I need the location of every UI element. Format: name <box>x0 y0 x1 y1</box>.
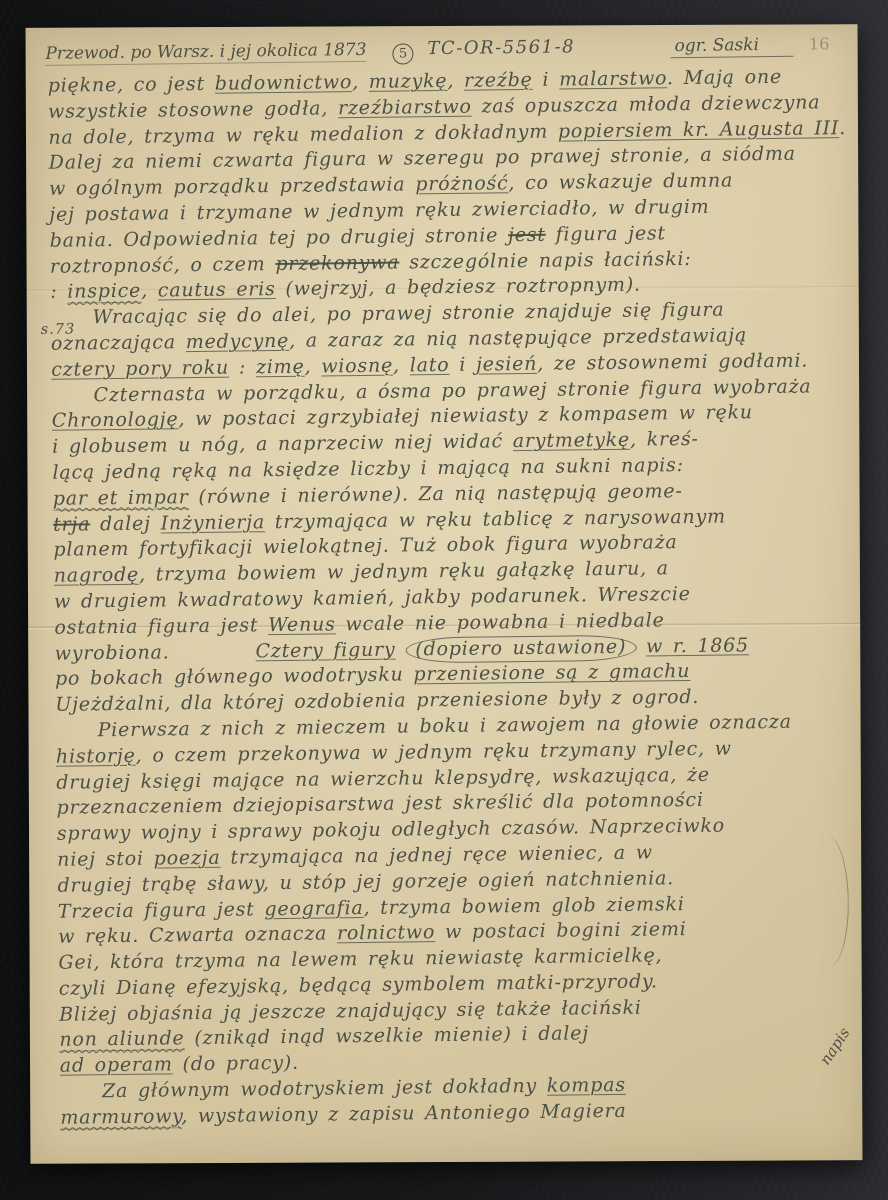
manuscript-body: piękne, co jest budownictwo, muzykę, rze… <box>36 64 855 1131</box>
circled-number-icon: 5 <box>392 43 413 64</box>
margin-page-reference: s.73 <box>41 321 76 337</box>
header-title: Przewod. po Warsz. i jej okolica 1873 <box>45 40 366 66</box>
catalog-number: TC-OR-5561-8 <box>427 36 575 59</box>
page-number: 16 <box>809 34 830 53</box>
scan-background: { "colors": { "ink": "#4d5044", "paper":… <box>0 0 888 1200</box>
page-content: Przewod. po Warsz. i jej okolica 1873 5 … <box>35 29 855 1157</box>
header-location: ogr. Saski <box>670 35 793 58</box>
manuscript-page: Przewod. po Warsz. i jej okolica 1873 5 … <box>26 24 863 1164</box>
page-header: Przewod. po Warsz. i jej okolica 1873 5 … <box>45 33 835 66</box>
